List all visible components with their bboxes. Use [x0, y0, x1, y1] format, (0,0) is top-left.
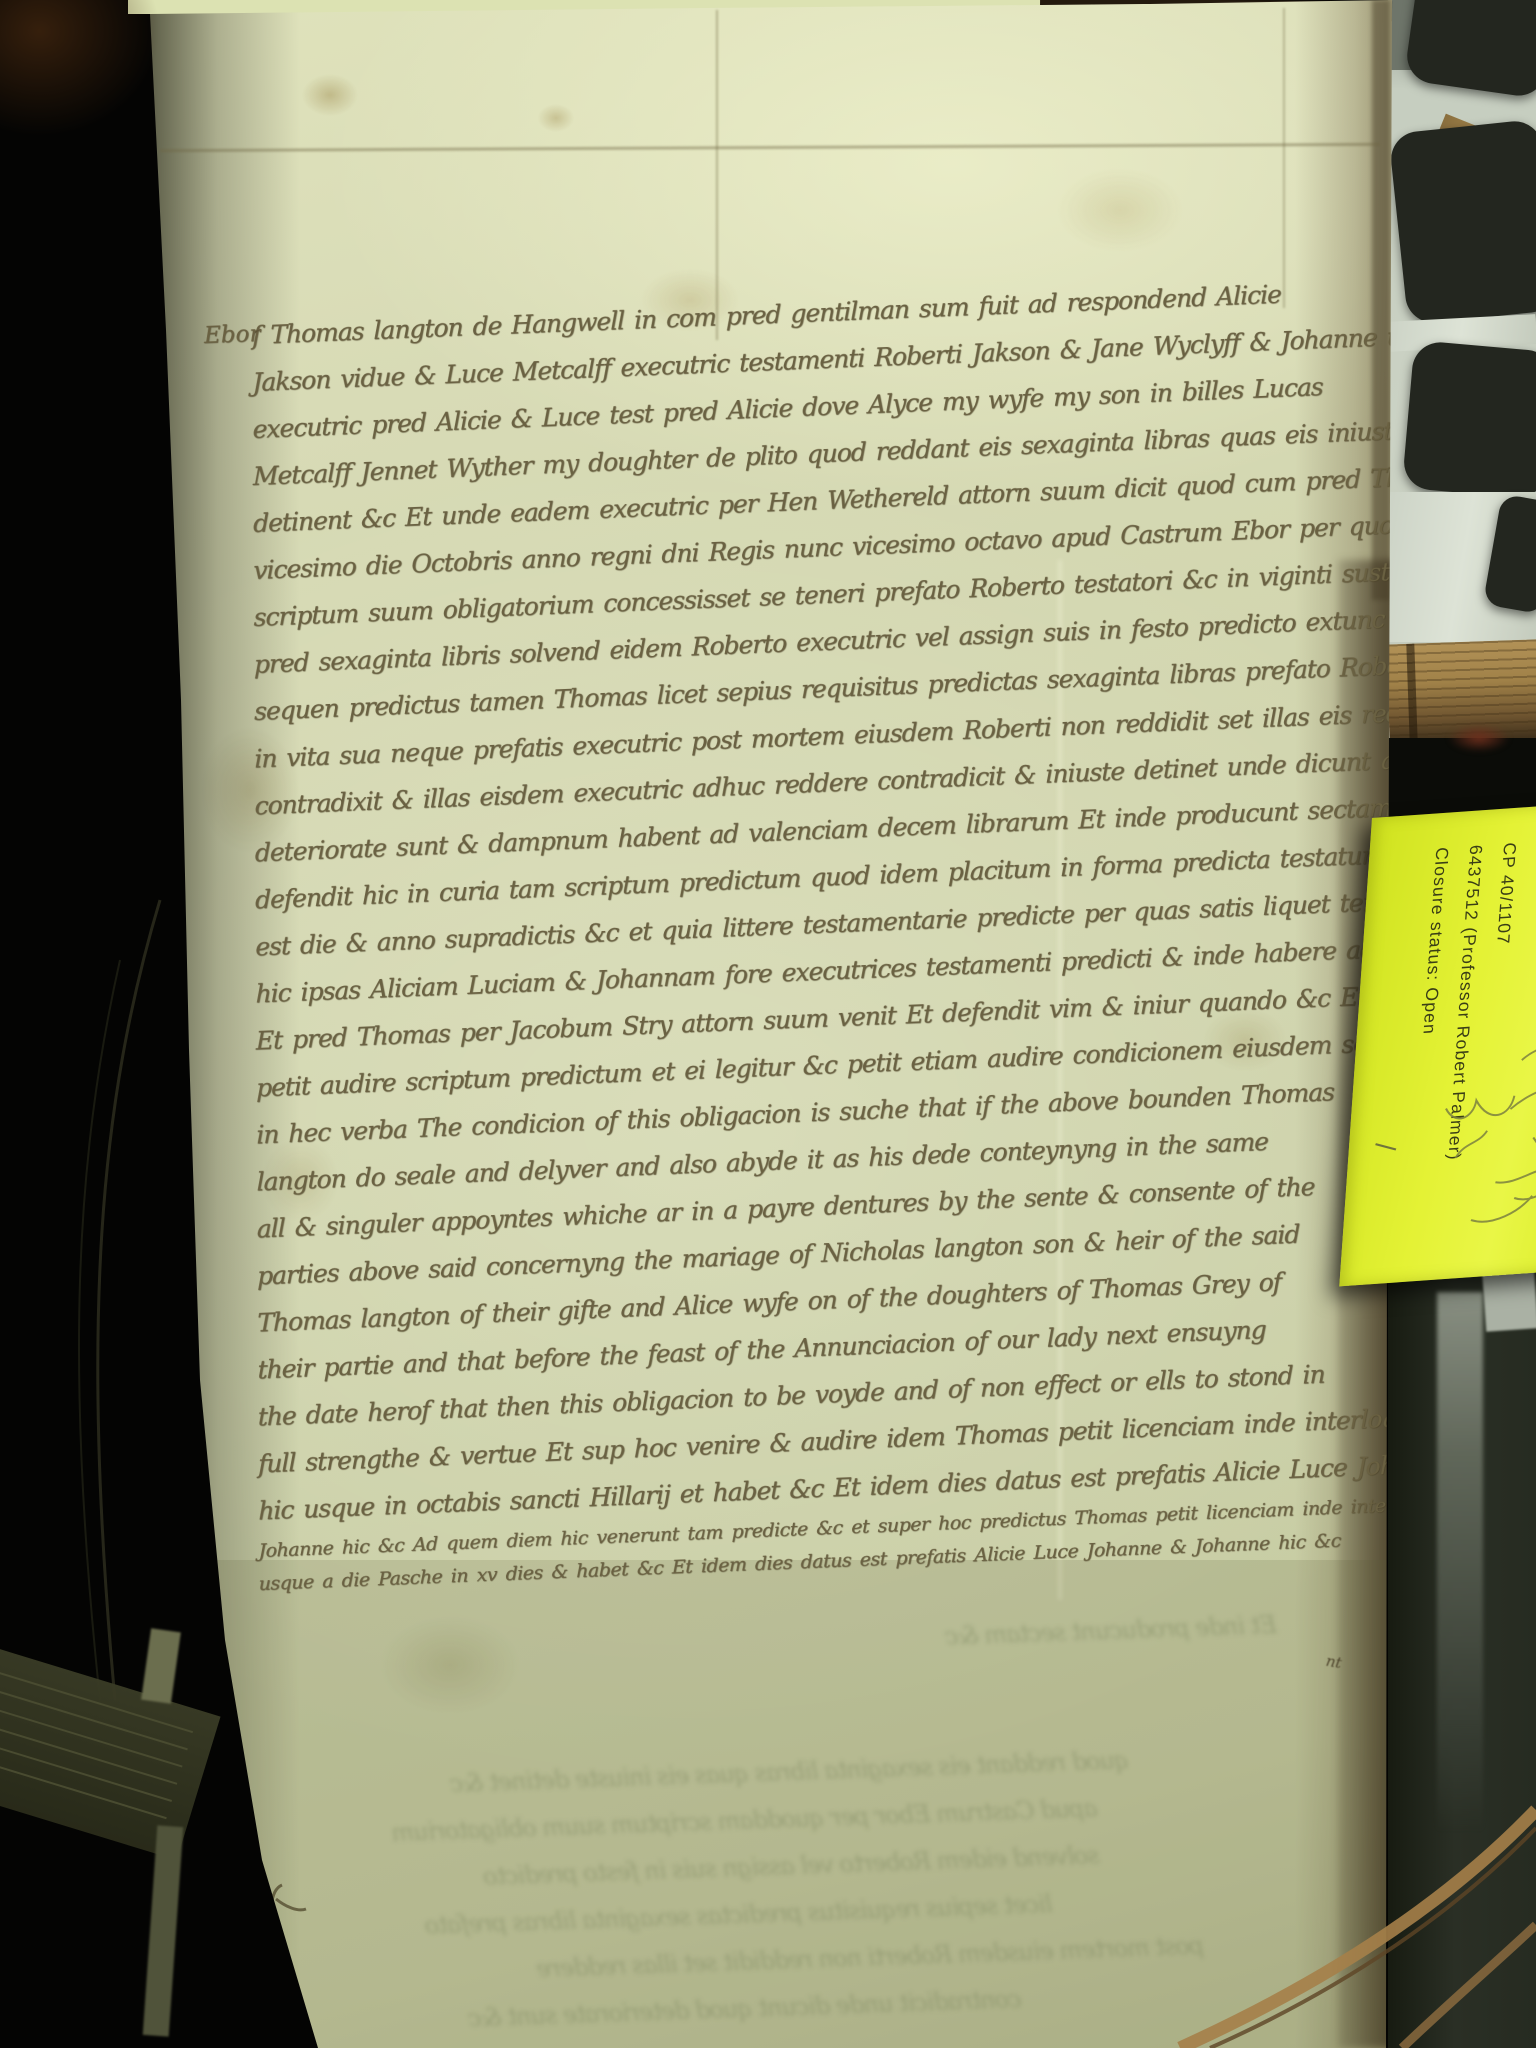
foam-weight-block — [1402, 340, 1536, 500]
parchment-page: quod reddant eis sexaginta libras quas e… — [0, 0, 1536, 2048]
underlying-page-edges — [20, 900, 220, 1700]
foam-weight-block — [1388, 119, 1536, 326]
stray-ink-mark: nt — [1325, 1652, 1344, 1672]
county-margin-note: Ebor — [204, 321, 261, 349]
leather-strap-edge — [1150, 1750, 1536, 2048]
red-smudge — [1448, 724, 1510, 752]
photo-of-manuscript: quod reddant eis sexaginta libras quas e… — [0, 0, 1536, 2048]
slip-text-line — [0, 1750, 167, 1819]
binding-corner — [0, 0, 220, 260]
page-edge-fragment — [143, 1825, 184, 2036]
manuscript-text-block: ſ Thomas langton de Hangwell in com pred… — [252, 267, 1370, 1600]
pen-flourish-mark — [258, 1875, 328, 1985]
pencil-scribble — [1339, 801, 1536, 1286]
archive-sticky-note: CP 40/1107 6437512 (Professor Robert Pal… — [1339, 801, 1536, 1286]
